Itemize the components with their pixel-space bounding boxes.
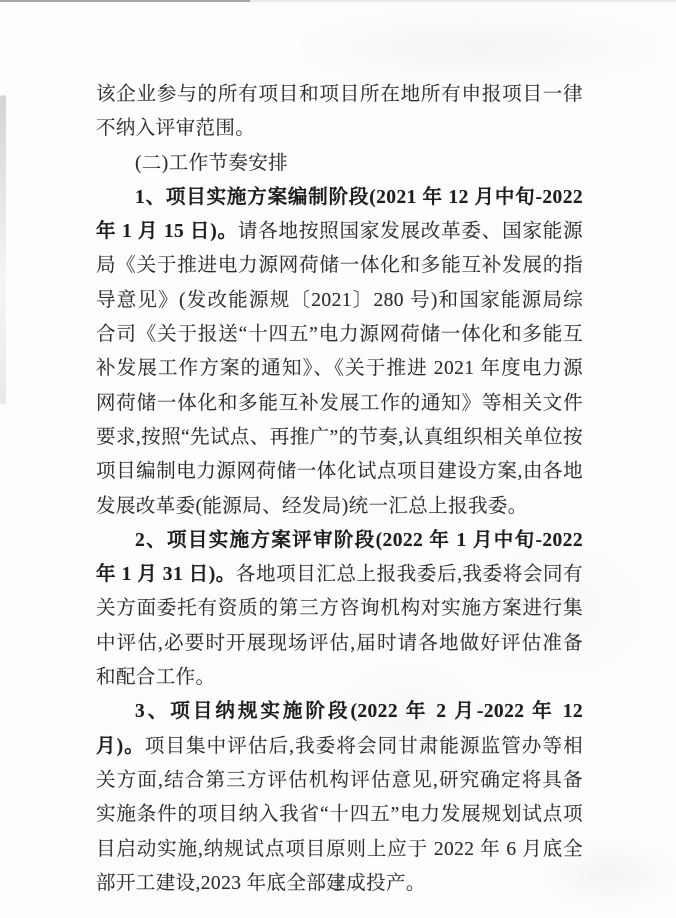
paragraph: 1、项目实施方案编制阶段(2021 年 12 月中旬-2022 年 1 月 15… xyxy=(96,181,583,524)
body-text: 该企业参与的所有项目和项目所在地所有申报项目一律不纳入评审范围。 xyxy=(96,84,583,139)
document-page: 该企业参与的所有项目和项目所在地所有申报项目一律不纳入评审范围。(二)工作节奏安… xyxy=(0,0,676,918)
paragraph: 2、项目实施方案评审阶段(2022 年 1 月中旬-2022 年 1 月 31 … xyxy=(96,524,583,695)
paragraph: 3、项目纳规实施阶段(2022 年 2 月-2022 年 12 月)。项目集中评… xyxy=(96,695,583,901)
paragraph: (二)工作节奏安排 xyxy=(96,147,583,181)
page-number: - 3 - xyxy=(96,876,583,896)
scan-artifact xyxy=(0,0,250,2)
paragraph: 该企业参与的所有项目和项目所在地所有申报项目一律不纳入评审范围。 xyxy=(96,78,583,147)
body-text: 项目集中评估后,我委将会同甘肃能源监管办等相关方面,结合第三方评估机构评估意见,… xyxy=(96,736,583,894)
body-text: 请各地按照国家发展改革委、国家能源局《关于推进电力源网荷储一体化和多能互补发展的… xyxy=(96,221,583,516)
body-text: (二)工作节奏安排 xyxy=(135,153,288,174)
document-body: 该企业参与的所有项目和项目所在地所有申报项目一律不纳入评审范围。(二)工作节奏安… xyxy=(96,78,583,901)
scan-artifact xyxy=(0,95,6,405)
